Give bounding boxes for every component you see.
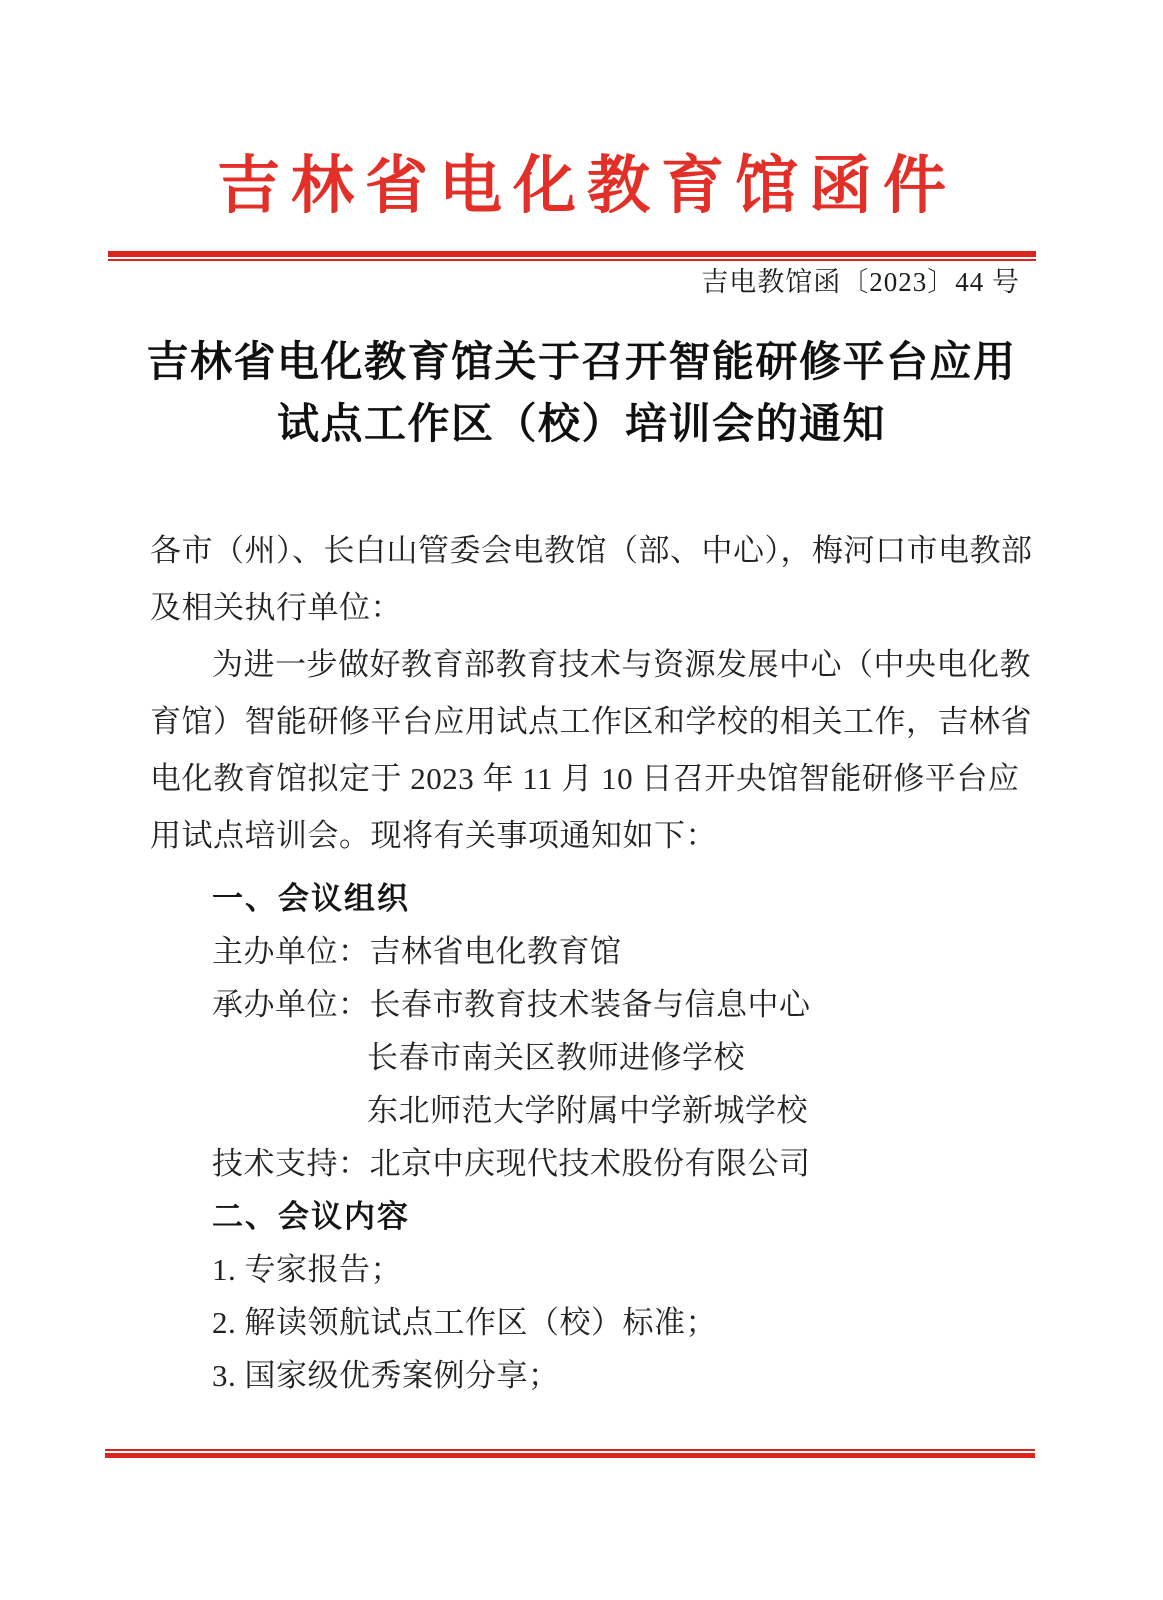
section2-heading: 二、会议内容 <box>150 1190 1030 1243</box>
doc-number: 吉电教馆函〔2023〕44 号 <box>701 263 1020 301</box>
document-page: 吉林省电化教育馆函件 吉电教馆函〔2023〕44 号 吉林省电化教育馆关于召开智… <box>0 0 1163 1600</box>
letterhead-org-title: 吉林省电化教育馆函件 <box>0 144 1163 228</box>
intro-line: 育馆）智能研修平台应用试点工作区和学校的相关工作，吉林省 <box>150 693 1030 750</box>
organizer-unit-line: 东北师范大学附属中学新城学校 <box>150 1084 1030 1137</box>
agenda-item: 2. 解读领航试点工作区（校）标准； <box>150 1296 1030 1349</box>
section1-heading: 一、会议组织 <box>150 872 1030 925</box>
organizer-unit-line: 长春市南关区教师进修学校 <box>150 1031 1030 1084</box>
notice-title-line2: 试点工作区（校）培训会的通知 <box>0 394 1163 456</box>
notice-title-line1: 吉林省电化教育馆关于召开智能研修平台应用 <box>0 332 1163 394</box>
agenda-item: 3. 国家级优秀案例分享； <box>150 1349 1030 1402</box>
intro-line: 用试点培训会。现将有关事项通知如下： <box>150 807 1030 864</box>
intro-line: 电化教育馆拟定于 2023 年 11 月 10 日召开央馆智能研修平台应 <box>150 750 1030 807</box>
salutation-line: 各市（州）、长白山管委会电教馆（部、中心），梅河口市电教部 <box>150 522 1030 579</box>
footer-rule <box>105 1449 1035 1458</box>
intro-line: 为进一步做好教育部教育技术与资源发展中心（中央电化教 <box>150 636 1030 693</box>
salutation-line: 及相关执行单位： <box>150 579 1030 636</box>
notice-body: 各市（州）、长白山管委会电教馆（部、中心），梅河口市电教部 及相关执行单位： 为… <box>150 522 1030 1402</box>
organizer-unit-line: 承办单位：长春市教育技术装备与信息中心 <box>150 978 1030 1031</box>
agenda-item: 1. 专家报告； <box>150 1243 1030 1296</box>
host-unit-line: 主办单位：吉林省电化教育馆 <box>150 925 1030 978</box>
letterhead-top-rule <box>108 251 1036 261</box>
tech-support-line: 技术支持：北京中庆现代技术股份有限公司 <box>150 1137 1030 1190</box>
notice-title: 吉林省电化教育馆关于召开智能研修平台应用 试点工作区（校）培训会的通知 <box>0 332 1163 456</box>
